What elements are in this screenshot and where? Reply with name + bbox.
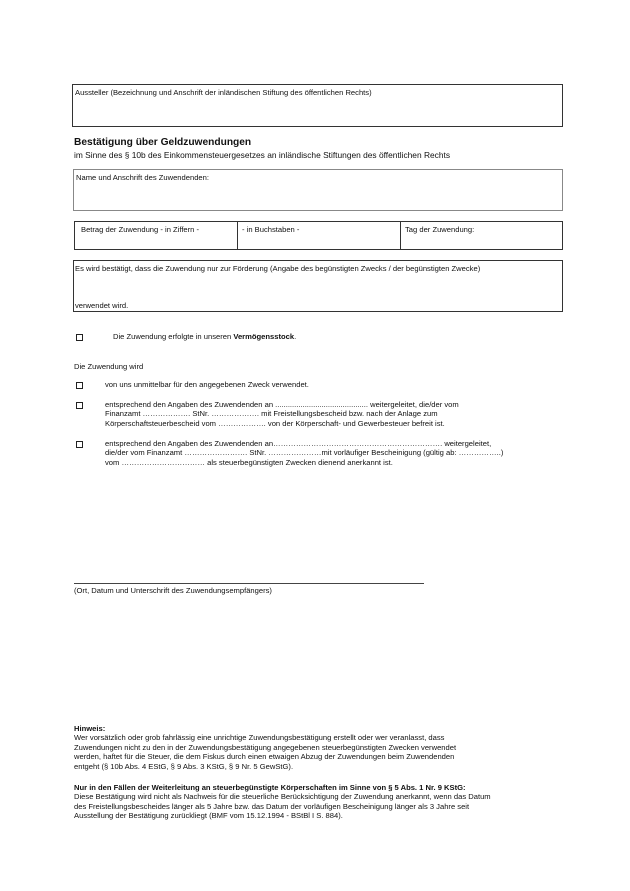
zweck-field[interactable]: Es wird bestätigt, dass die Zuwendung nu… (73, 260, 563, 312)
signature-label: (Ort, Datum und Unterschrift des Zuwendu… (74, 586, 272, 595)
option-line: entsprechend den Angaben des Zuwendenden… (105, 400, 459, 409)
zweck-suffix: verwendet wird. (75, 301, 128, 310)
option-line: von uns unmittelbar für den angegebenen … (105, 380, 309, 389)
verwendung-option-3-text: entsprechend den Angaben des Zuwendenden… (105, 439, 503, 467)
option-line: vom …………………………… als steuerbegünstigten Z… (105, 458, 503, 467)
hinweis-line: Wer vorsätzlich oder grob fahrlässig ein… (74, 733, 456, 742)
vermoegensstock-text-bold: Vermögensstock (233, 332, 294, 341)
weiterleitung-line: des Freistellungsbescheides länger als 5… (74, 802, 491, 811)
verwendung-option-2-checkbox[interactable] (76, 402, 83, 409)
document-subtitle: im Sinne des § 10b des Einkommensteuerge… (74, 150, 450, 160)
signature-line[interactable] (74, 583, 424, 584)
verwendung-option-2-text: entsprechend den Angaben des Zuwendenden… (105, 400, 459, 428)
weiterleitung-line: Diese Bestätigung wird nicht als Nachwei… (74, 792, 491, 801)
vermoegensstock-text-after: . (294, 332, 296, 341)
verwendung-option-3-checkbox[interactable] (76, 441, 83, 448)
aussteller-label: Aussteller (Bezeichnung und Anschrift de… (75, 88, 372, 97)
weiterleitung-heading: Nur in den Fällen der Weiterleitung an s… (74, 783, 491, 792)
vermoegensstock-checkbox[interactable] (76, 334, 83, 341)
weiterleitung-line: Ausstellung der Bestätigung zurückliegt … (74, 811, 491, 820)
option-line: entsprechend den Angaben des Zuwendenden… (105, 439, 503, 448)
verwendung-option-1-text: von uns unmittelbar für den angegebenen … (105, 380, 309, 389)
tag-der-zuwendung-field[interactable] (401, 222, 562, 249)
betrag-buchstaben-field[interactable] (238, 222, 400, 249)
document-title: Bestätigung über Geldzuwendungen (74, 137, 251, 148)
option-line: die/der vom Finanzamt ……………………. StNr. ……… (105, 448, 503, 457)
hinweis-line: entgeht (§ 10b Abs. 4 EStG, § 9 Abs. 3 K… (74, 762, 456, 771)
option-line: Finanzamt ………………. StNr. ………………. mit Frei… (105, 409, 459, 418)
hinweis-line: Zuwendungen nicht zu den in der Zuwendun… (74, 743, 456, 752)
option-line: Körperschaftsteuerbescheid vom ………………. v… (105, 419, 459, 428)
vermoegensstock-text-before: Die Zuwendung erfolgte in unseren (113, 332, 233, 341)
zweck-label: Es wird bestätigt, dass die Zuwendung nu… (75, 264, 480, 273)
zuwendender-field[interactable]: Name und Anschrift des Zuwendenden: (73, 169, 563, 211)
weiterleitung-section: Nur in den Fällen der Weiterleitung an s… (74, 783, 491, 821)
verwendung-option-1-checkbox[interactable] (76, 382, 83, 389)
hinweis-heading: Hinweis: (74, 724, 456, 733)
verwendung-intro: Die Zuwendung wird (74, 362, 143, 371)
betrag-ziffern-field[interactable] (75, 222, 237, 249)
vermoegensstock-text: Die Zuwendung erfolgte in unseren Vermög… (113, 332, 296, 341)
hinweis-line: werden, haftet für die Steuer, die dem F… (74, 752, 456, 761)
aussteller-field[interactable]: Aussteller (Bezeichnung und Anschrift de… (72, 84, 563, 127)
hinweis-section: Hinweis: Wer vorsätzlich oder grob fahrl… (74, 724, 456, 771)
zuwendender-label: Name und Anschrift des Zuwendenden: (76, 173, 209, 182)
